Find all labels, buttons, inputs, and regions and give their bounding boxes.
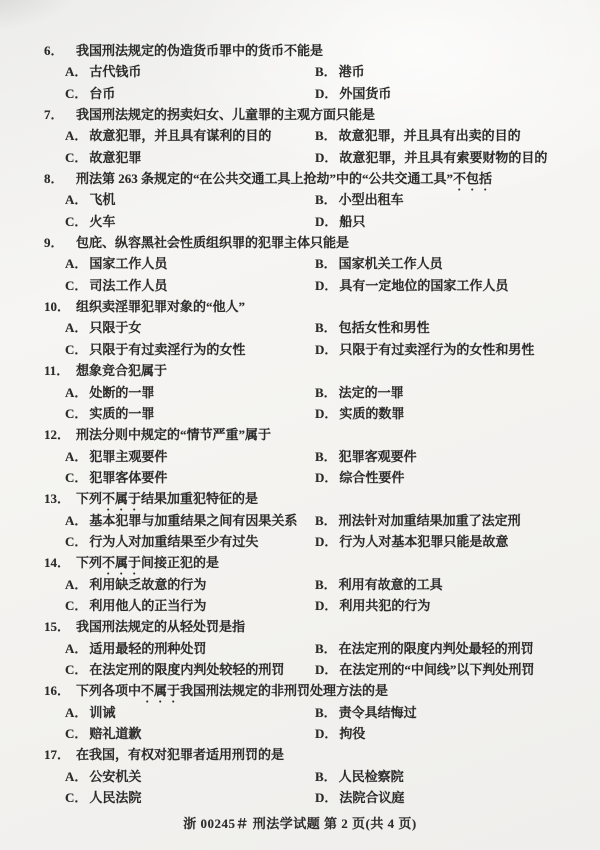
option-label: B． [315,64,337,79]
option: D．外国货币 [315,83,391,104]
option-text: 国家工作人员 [89,256,167,271]
question: 9．包庇、纵容黑社会性质组织罪的犯罪主体只能是 A．国家工作人员 B．国家机关工… [0,232,600,296]
option-row-cd: C．只限于有过卖淫行为的女性 D．只限于有过卖淫行为的女性和男性 [0,339,600,360]
question-stem: 我国刑法规定的拐卖妇女、儿童罪的主观方面只能是 [76,107,375,122]
option-text: 责令具结悔过 [339,705,417,720]
option-text: 人民检察院 [339,769,404,784]
stem-text: 刑法分则中规定的“情节严重”属于 [76,427,271,442]
question-stem: 下列不属于结果加重犯特征的是 [76,491,258,506]
option-row-cd: C．故意犯罪 D．故意犯罪，并且具有索要财物的目的 [0,147,600,168]
option-label: B． [315,128,337,143]
option-text: 训诫 [89,705,115,720]
option: B．刑法针对加重结果加重了法定刑 [315,510,521,531]
option-label: D． [315,342,337,357]
option-text: 实质的数罪 [339,406,404,421]
option-label: A． [65,385,87,400]
option: D．具有一定地位的国家工作人员 [315,275,508,296]
option-label: B． [315,641,337,656]
option-row-ab: A．训诫 B．责令具结悔过 [0,702,600,723]
option-label: A． [65,128,87,143]
option: B．故意犯罪，并且具有出卖的目的 [315,125,521,146]
option-text: 包括女性和男性 [339,320,430,335]
option-label: D． [315,214,337,229]
stem-text: 我国刑法规定的非刑罚处理方法的是 [180,683,388,698]
option: B．小型出租车 [315,189,404,210]
option-label: A． [65,769,87,784]
question: 16．下列各项中不属于我国刑法规定的非刑罚处理方法的是 A．训诫 B．责令具结悔… [0,680,600,744]
option-label: C． [65,662,87,677]
question: 7．我国刑法规定的拐卖妇女、儿童罪的主观方面只能是 A．故意犯罪，并且具有谋利的… [0,104,600,168]
option-label: C． [65,534,87,549]
option-label: D． [315,598,337,613]
question-number: 15． [44,616,76,637]
question-stem: 组织卖淫罪犯罪对象的“他人” [76,299,245,314]
option: A．处断的一罪 [65,382,154,403]
option-label: B． [315,577,337,592]
option-row-cd: C．利用他人的正当行为 D．利用共犯的行为 [0,595,600,616]
question-stem: 在我国，有权对犯罪者适用刑罚的是 [76,747,284,762]
page-footer: 浙 00245＃ 刑法学试题 第 2 页(共 4 页) [0,813,600,832]
option-label: C． [65,790,87,805]
option: D．船只 [315,211,365,232]
option-label: B． [315,192,337,207]
option: B．责令具结悔过 [315,702,417,723]
option-label: D． [315,86,337,101]
option: D．法院合议庭 [315,787,404,808]
stem-emphasized-text: 不属于 [141,683,180,698]
question-number: 6． [44,40,76,61]
option-label: C． [65,598,87,613]
option-text: 船只 [339,214,365,229]
option-text: 只限于有过卖淫行为的女性 [89,342,245,357]
option-label: D． [315,278,337,293]
option-label: C． [65,278,87,293]
option-label: B． [315,513,337,528]
option-row-ab: A．国家工作人员 B．国家机关工作人员 [0,253,600,274]
question-stem-row: 14．下列不属于间接正犯的是 [0,552,600,573]
question-number: 12． [44,424,76,445]
stem-text: 下列 [76,555,102,570]
option: A．基本犯罪与加重结果之间有因果关系 [65,510,297,531]
option-text: 犯罪客观要件 [339,449,417,464]
option-text: 犯罪客体要件 [89,470,167,485]
question-number: 8． [44,168,76,189]
option-text: 利用共犯的行为 [339,598,430,613]
option-text: 综合性要件 [339,470,404,485]
stem-text: 包庇、纵容黑社会性质组织罪的犯罪主体只能是 [76,235,349,250]
option: C．在法定刑的限度内判处较轻的刑罚 [65,659,284,680]
option: D．利用共犯的行为 [315,595,430,616]
option-text: 犯罪主观要件 [89,449,167,464]
question-stem: 刑法第 263 条规定的“在公共交通工具上抢劫”中的“公共交通工具”不包括 [76,171,492,186]
option: B．港币 [315,61,365,82]
option-label: C． [65,726,87,741]
option-label: D． [315,662,337,677]
option-row-ab: A．适用最轻的刑种处罚 B．在法定刑的限度内判处最轻的刑罚 [0,638,600,659]
stem-emphasized-text: 不属于 [102,555,141,570]
option-label: C． [65,406,87,421]
question-stem: 包庇、纵容黑社会性质组织罪的犯罪主体只能是 [76,235,349,250]
option-text: 在法定刑的限度内判处较轻的刑罚 [89,662,284,677]
option-label: C． [65,150,87,165]
question-stem: 我国刑法规定的从轻处罚是指 [76,619,245,634]
option-text: 火车 [89,214,115,229]
option-label: C． [65,470,87,485]
option-text: 只限于女 [89,320,141,335]
option-label: C． [65,342,87,357]
question: 11．想象竞合犯属于 A．处断的一罪 B．法定的一罪 C．实质的一罪 D．实质的… [0,360,600,424]
option: B．犯罪客观要件 [315,446,417,467]
option: C．实质的一罪 [65,403,154,424]
question-stem: 想象竞合犯属于 [76,363,167,378]
option: B．国家机关工作人员 [315,253,443,274]
option: C．犯罪客体要件 [65,467,167,488]
option-text: 故意犯罪 [89,150,141,165]
option: B．在法定刑的限度内判处最轻的刑罚 [315,638,534,659]
option-label: D． [315,150,337,165]
option: A．故意犯罪，并且具有谋利的目的 [65,125,271,146]
option-row-cd: C．人民法院 D．法院合议庭 [0,787,600,808]
option-text: 港币 [339,64,365,79]
option: D．行为人对基本犯罪只能是故意 [315,531,508,552]
option-row-ab: A．只限于女 B．包括女性和男性 [0,317,600,338]
question-stem: 刑法分则中规定的“情节严重”属于 [76,427,271,442]
option-text: 小型出租车 [339,192,404,207]
option-row-ab: A．基本犯罪与加重结果之间有因果关系 B．刑法针对加重结果加重了法定刑 [0,510,600,531]
option-text: 国家机关工作人员 [339,256,443,271]
question: 15．我国刑法规定的从轻处罚是指 A．适用最轻的刑种处罚 B．在法定刑的限度内判… [0,616,600,680]
option-label: B． [315,705,337,720]
option-label: B． [315,256,337,271]
option: A．古代钱币 [65,61,141,82]
option-label: B． [315,320,337,335]
question: 8．刑法第 263 条规定的“在公共交通工具上抢劫”中的“公共交通工具”不包括 … [0,168,600,232]
question-number: 10． [44,296,76,317]
option-label: D． [315,790,337,805]
option: A．国家工作人员 [65,253,167,274]
stem-emphasized-text: 不包括 [453,171,492,186]
question: 12．刑法分则中规定的“情节严重”属于 A．犯罪主观要件 B．犯罪客观要件 C．… [0,424,600,488]
question-stem: 下列不属于间接正犯的是 [76,555,219,570]
option-row-ab: A．飞机 B．小型出租车 [0,189,600,210]
option-row-ab: A．古代钱币 B．港币 [0,61,600,82]
stem-text: 我国刑法规定的拐卖妇女、儿童罪的主观方面只能是 [76,107,375,122]
stem-text: 我国刑法规定的伪造货币罪中的货币不能是 [76,43,323,58]
option-row-ab: A．利用缺乏故意的行为 B．利用有故意的工具 [0,574,600,595]
option-text: 飞机 [89,192,115,207]
option-label: B． [315,769,337,784]
question: 17．在我国，有权对犯罪者适用刑罚的是 A．公安机关 B．人民检察院 C．人民法… [0,744,600,808]
option-label: A． [65,641,87,656]
option-row-cd: C．赔礼道歉 D．拘役 [0,723,600,744]
stem-text: 下列各项中 [76,683,141,698]
question-stem-row: 11．想象竞合犯属于 [0,360,600,381]
option: C．故意犯罪 [65,147,141,168]
option-text: 利用有故意的工具 [339,577,443,592]
option: B．利用有故意的工具 [315,574,443,595]
option: C．赔礼道歉 [65,723,141,744]
option: D．实质的数罪 [315,403,404,424]
question-number: 11． [44,360,76,381]
option-label: A． [65,577,87,592]
question-stem-row: 6．我国刑法规定的伪造货币罪中的货币不能是 [0,40,600,61]
option-text: 只限于有过卖淫行为的女性和男性 [339,342,534,357]
question-number: 13． [44,488,76,509]
option-text: 利用缺乏故意的行为 [89,577,206,592]
option-row-ab: A．犯罪主观要件 B．犯罪客观要件 [0,446,600,467]
option-text: 在法定刑的限度内判处最轻的刑罚 [339,641,534,656]
question-stem-row: 10．组织卖淫罪犯罪对象的“他人” [0,296,600,317]
option: C．人民法院 [65,787,141,808]
option-text: 在法定刑的“中间线”以下判处刑罚 [339,662,534,677]
stem-text: 结果加重犯特征的是 [141,491,258,506]
question-stem-row: 17．在我国，有权对犯罪者适用刑罚的是 [0,744,600,765]
option-text: 处断的一罪 [89,385,154,400]
option: C．台币 [65,83,115,104]
option-text: 古代钱币 [89,64,141,79]
option-text: 故意犯罪，并且具有谋利的目的 [89,128,271,143]
stem-text: 在我国，有权对犯罪者适用刑罚的是 [76,747,284,762]
stem-text: 下列 [76,491,102,506]
option-label: A． [65,320,87,335]
option: D．在法定刑的“中间线”以下判处刑罚 [315,659,534,680]
option-text: 故意犯罪，并且具有出卖的目的 [339,128,521,143]
option-text: 人民法院 [89,790,141,805]
option-label: A． [65,513,87,528]
option: D．综合性要件 [315,467,404,488]
option: C．火车 [65,211,115,232]
option-text: 司法工作人员 [89,278,167,293]
option-label: D． [315,406,337,421]
scanned-exam-page: 6．我国刑法规定的伪造货币罪中的货币不能是 A．古代钱币 B．港币 C．台币 D… [0,0,600,850]
option-row-ab: A．故意犯罪，并且具有谋利的目的 B．故意犯罪，并且具有出卖的目的 [0,125,600,146]
option-row-ab: A．公安机关 B．人民检察院 [0,766,600,787]
option-label: D． [315,534,337,549]
stem-text: 刑法第 263 条规定的“在公共交通工具上抢劫”中的“公共交通工具” [76,171,453,186]
question: 14．下列不属于间接正犯的是 A．利用缺乏故意的行为 B．利用有故意的工具 C．… [0,552,600,616]
option-label: B． [315,449,337,464]
question: 13．下列不属于结果加重犯特征的是 A．基本犯罪与加重结果之间有因果关系 B．刑… [0,488,600,552]
option-label: A． [65,705,87,720]
option-row-cd: C．行为人对加重结果至少有过失 D．行为人对基本犯罪只能是故意 [0,531,600,552]
question-stem-row: 16．下列各项中不属于我国刑法规定的非刑罚处理方法的是 [0,680,600,701]
option: C．行为人对加重结果至少有过失 [65,531,258,552]
question-number: 14． [44,552,76,573]
option-label: C． [65,214,87,229]
option-label: A． [65,64,87,79]
question-stem: 下列各项中不属于我国刑法规定的非刑罚处理方法的是 [76,683,388,698]
question-stem-row: 13．下列不属于结果加重犯特征的是 [0,488,600,509]
stem-text: 想象竞合犯属于 [76,363,167,378]
option-row-cd: C．司法工作人员 D．具有一定地位的国家工作人员 [0,275,600,296]
option-label: A． [65,449,87,464]
question-stem-row: 9．包庇、纵容黑社会性质组织罪的犯罪主体只能是 [0,232,600,253]
option: A．犯罪主观要件 [65,446,167,467]
question-stem-row: 8．刑法第 263 条规定的“在公共交通工具上抢劫”中的“公共交通工具”不包括 [0,168,600,189]
question-number: 17． [44,744,76,765]
option: D．故意犯罪，并且具有索要财物的目的 [315,147,547,168]
option-row-cd: C．犯罪客体要件 D．综合性要件 [0,467,600,488]
option-row-ab: A．处断的一罪 B．法定的一罪 [0,382,600,403]
option-text: 实质的一罪 [89,406,154,421]
option-text: 台币 [89,86,115,101]
option-text: 法定的一罪 [339,385,404,400]
option: B．人民检察院 [315,766,404,787]
option-label: A． [65,256,87,271]
option-text: 刑法针对加重结果加重了法定刑 [339,513,521,528]
option: B．法定的一罪 [315,382,404,403]
option: A．只限于女 [65,317,141,338]
option-text: 外国货币 [339,86,391,101]
option: A．利用缺乏故意的行为 [65,574,206,595]
option: A．公安机关 [65,766,141,787]
option: C．只限于有过卖淫行为的女性 [65,339,245,360]
option-text: 故意犯罪，并且具有索要财物的目的 [339,150,547,165]
option-text: 法院合议庭 [339,790,404,805]
question-stem: 我国刑法规定的伪造货币罪中的货币不能是 [76,43,323,58]
option-text: 行为人对基本犯罪只能是故意 [339,534,508,549]
option-text: 拘役 [339,726,365,741]
option: D．只限于有过卖淫行为的女性和男性 [315,339,534,360]
option: C．利用他人的正当行为 [65,595,206,616]
question: 6．我国刑法规定的伪造货币罪中的货币不能是 A．古代钱币 B．港币 C．台币 D… [0,40,600,104]
stem-text: 间接正犯的是 [141,555,219,570]
question-number: 9． [44,232,76,253]
option-text: 适用最轻的刑种处罚 [89,641,206,656]
stem-emphasized-text: 不属于 [102,491,141,506]
option-row-cd: C．火车 D．船只 [0,211,600,232]
option: A．适用最轻的刑种处罚 [65,638,206,659]
option-text: 行为人对加重结果至少有过失 [89,534,258,549]
option-text: 赔礼道歉 [89,726,141,741]
option: C．司法工作人员 [65,275,167,296]
option-text: 基本犯罪与加重结果之间有因果关系 [89,513,297,528]
question-number: 16． [44,680,76,701]
option-text: 公安机关 [89,769,141,784]
option-row-cd: C．在法定刑的限度内判处较轻的刑罚 D．在法定刑的“中间线”以下判处刑罚 [0,659,600,680]
option-text: 具有一定地位的国家工作人员 [339,278,508,293]
option-label: D． [315,470,337,485]
option: A．训诫 [65,702,115,723]
option-label: B． [315,385,337,400]
option-row-cd: C．实质的一罪 D．实质的数罪 [0,403,600,424]
option-label: A． [65,192,87,207]
option-row-cd: C．台币 D．外国货币 [0,83,600,104]
question-stem-row: 7．我国刑法规定的拐卖妇女、儿童罪的主观方面只能是 [0,104,600,125]
option-label: D． [315,726,337,741]
option-label: C． [65,86,87,101]
option: B．包括女性和男性 [315,317,430,338]
question-number: 7． [44,104,76,125]
question: 10．组织卖淫罪犯罪对象的“他人” A．只限于女 B．包括女性和男性 C．只限于… [0,296,600,360]
option: D．拘役 [315,723,365,744]
question-list: 6．我国刑法规定的伪造货币罪中的货币不能是 A．古代钱币 B．港币 C．台币 D… [0,40,600,808]
question-stem-row: 15．我国刑法规定的从轻处罚是指 [0,616,600,637]
question-stem-row: 12．刑法分则中规定的“情节严重”属于 [0,424,600,445]
option: A．飞机 [65,189,115,210]
stem-text: 组织卖淫罪犯罪对象的“他人” [76,299,245,314]
stem-text: 我国刑法规定的从轻处罚是指 [76,619,245,634]
option-text: 利用他人的正当行为 [89,598,206,613]
